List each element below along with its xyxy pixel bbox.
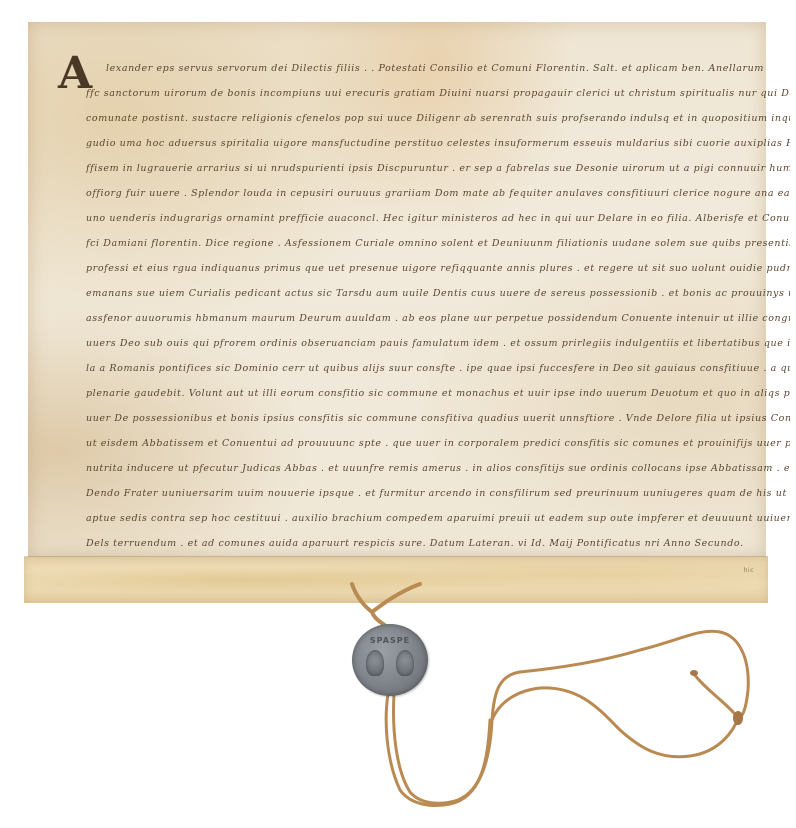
lead-seal-bulla: SPASPE — [352, 624, 428, 696]
seal-head-peter-icon — [396, 650, 414, 676]
seal-head-paul-icon — [366, 650, 384, 676]
cord-knot — [733, 711, 743, 725]
hemp-cord — [0, 0, 796, 828]
seal-legend: SPASPE — [352, 636, 428, 645]
cord-end — [690, 670, 698, 676]
seal-apostle-heads — [366, 650, 414, 682]
